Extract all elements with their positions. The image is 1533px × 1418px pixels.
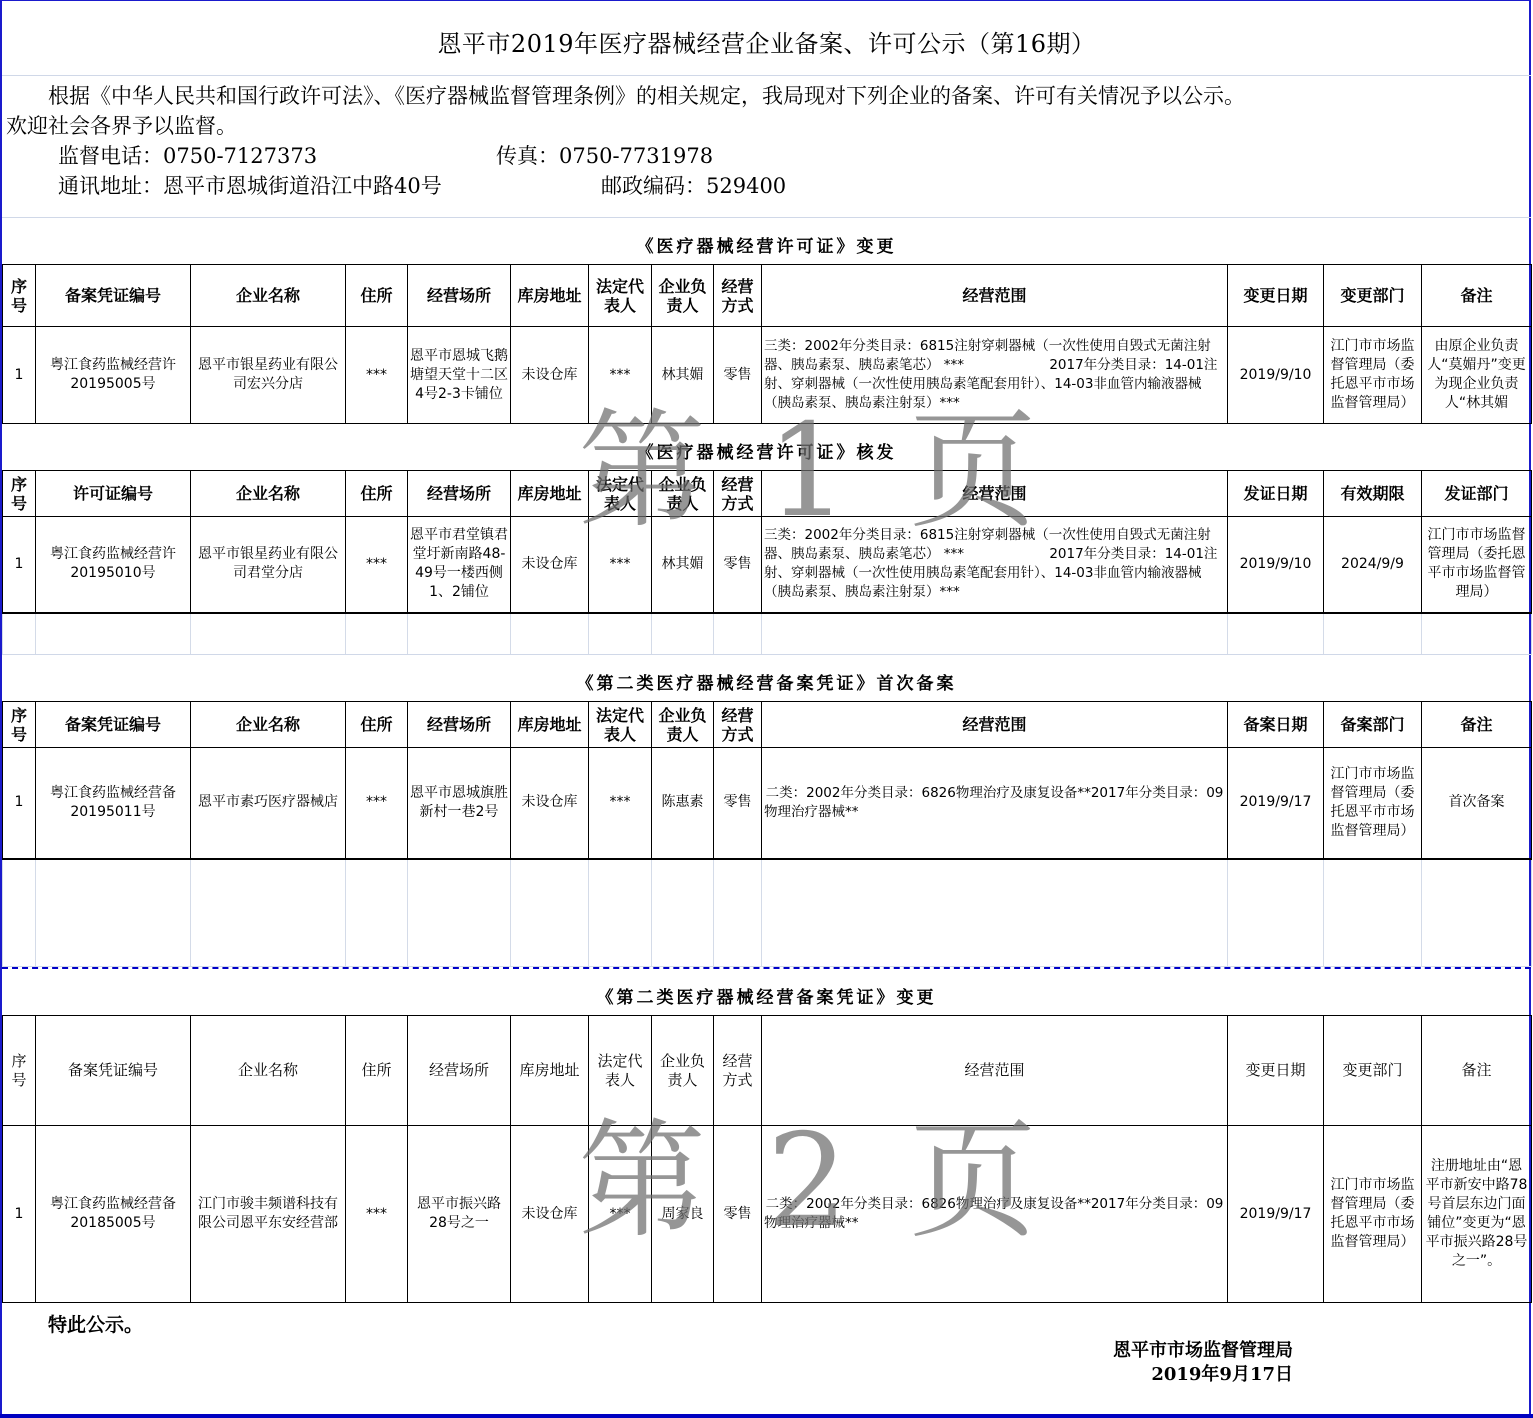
cell-company: 江门市骏丰频谱科技有限公司恩平东安经营部 bbox=[191, 1126, 346, 1303]
cell-residence: *** bbox=[346, 327, 408, 424]
cell-manager: 周家良 bbox=[652, 1126, 714, 1303]
fax-label: 传真： bbox=[496, 144, 559, 168]
cell-dept: 江门市市场监督管理局（委托恩平市市场监督管理局） bbox=[1324, 1126, 1422, 1303]
cell-warehouse: 未设仓库 bbox=[511, 327, 589, 424]
col-header: 备注 bbox=[1422, 702, 1532, 748]
cell-mode: 零售 bbox=[714, 327, 762, 424]
cell-warehouse: 未设仓库 bbox=[511, 517, 589, 613]
col-header: 许可证编号 bbox=[36, 471, 191, 517]
col-header: 经营范围 bbox=[762, 1016, 1228, 1126]
col-header: 序号 bbox=[3, 702, 36, 748]
cell-cert-no: 粤江食药监械经营备20185005号 bbox=[36, 1126, 191, 1303]
cell-premises: 恩平市恩城旗胜新村一巷2号 bbox=[408, 748, 511, 859]
record-change-table: 序号 备案凭证编号 企业名称 住所 经营场所 库房地址 法定代表人 企业负责人 … bbox=[2, 1015, 1532, 1303]
fax-line: 传真：0750-7731978 bbox=[496, 140, 713, 170]
col-header: 经营范围 bbox=[762, 471, 1228, 517]
phone-number: 0750-7127373 bbox=[163, 144, 317, 168]
col-header: 企业负责人 bbox=[652, 1016, 714, 1126]
cell-date: 2019/9/17 bbox=[1228, 1126, 1324, 1303]
empty-row bbox=[3, 859, 1532, 967]
cell-scope: 三类：2002年分类目录：6815注射穿刺器械（一次性使用自毁式无菌注射器、胰岛… bbox=[762, 517, 1228, 613]
cell-scope: 二类：2002年分类目录：6826物理治疗及康复设备**2017年分类目录：09… bbox=[762, 748, 1228, 859]
col-header: 序号 bbox=[3, 471, 36, 517]
col-header: 经营方式 bbox=[714, 471, 762, 517]
col-header: 企业名称 bbox=[191, 471, 346, 517]
col-header: 备注 bbox=[1422, 1016, 1532, 1126]
cell-manager: 林其媚 bbox=[652, 517, 714, 613]
col-header: 经营范围 bbox=[762, 265, 1228, 327]
intro-paragraph: 根据《中华人民共和国行政许可法》、《医疗器械监督管理条例》的相关规定，我局现对下… bbox=[6, 80, 1245, 110]
cell-issue-date: 2019/9/10 bbox=[1228, 517, 1324, 613]
cell-company: 恩平市银星药业有限公司宏兴分店 bbox=[191, 327, 346, 424]
cell-mode: 零售 bbox=[714, 748, 762, 859]
col-header: 经营场所 bbox=[408, 471, 511, 517]
postcode-label: 邮政编码： bbox=[601, 174, 706, 198]
cell-remark: 由原企业负责人“莫媚丹”变更为现企业负责人“林其媚 bbox=[1422, 327, 1532, 424]
col-header: 经营场所 bbox=[408, 1016, 511, 1126]
col-header: 有效期限 bbox=[1324, 471, 1422, 517]
col-header: 备案凭证编号 bbox=[36, 265, 191, 327]
col-header: 企业负责人 bbox=[652, 702, 714, 748]
cell-date: 2019/9/10 bbox=[1228, 327, 1324, 424]
page-title: 恩平市2019年医疗器械经营企业备案、许可公示（第16期） bbox=[0, 24, 1533, 59]
bottom-border bbox=[0, 1414, 1533, 1418]
cell-dept: 江门市市场监督管理局（委托恩平市市场监督管理局） bbox=[1324, 748, 1422, 859]
intro-paragraph-cont: 欢迎社会各界予以监督。 bbox=[6, 110, 237, 140]
col-header: 法定代表人 bbox=[589, 702, 652, 748]
section-title-license-change: 《医疗器械经营许可证》变更 bbox=[0, 232, 1533, 257]
cell-cert-no: 粤江食药监械经营备20195011号 bbox=[36, 748, 191, 859]
cell-license-no: 粤江食药监械经营许20195010号 bbox=[36, 517, 191, 613]
cell-premises: 恩平市君堂镇君堂圩新南路48-49号一楼西侧1、2铺位 bbox=[408, 517, 511, 613]
col-header: 发证部门 bbox=[1422, 471, 1532, 517]
cell-cert-no: 粤江食药监械经营许20195005号 bbox=[36, 327, 191, 424]
table-row: 1 粤江食药监械经营许20195005号 恩平市银星药业有限公司宏兴分店 ***… bbox=[3, 327, 1532, 424]
col-header: 企业名称 bbox=[191, 702, 346, 748]
cell-mode: 零售 bbox=[714, 1126, 762, 1303]
table-row: 1 粤江食药监械经营备20185005号 江门市骏丰频谱科技有限公司恩平东安经营… bbox=[3, 1126, 1532, 1303]
address-label: 通讯地址： bbox=[58, 174, 163, 198]
col-header: 企业名称 bbox=[191, 1016, 346, 1126]
notice-text: 特此公示。 bbox=[48, 1310, 143, 1337]
address-line: 通讯地址：恩平市恩城街道沿江中路40号 bbox=[58, 170, 442, 200]
cell-warehouse: 未设仓库 bbox=[511, 1126, 589, 1303]
table-row: 1 粤江食药监械经营备20195011号 恩平市素巧医疗器械店 *** 恩平市恩… bbox=[3, 748, 1532, 859]
postcode-value: 529400 bbox=[706, 174, 786, 198]
issue-date: 2019年9月17日 bbox=[1151, 1360, 1293, 1386]
cell-remark: 注册地址由“恩平市新安中路78号首层东边门面铺位”变更为“恩平市振兴路28号之一… bbox=[1422, 1126, 1532, 1303]
col-header: 备案凭证编号 bbox=[36, 1016, 191, 1126]
cell-residence: *** bbox=[346, 517, 408, 613]
table-header-row: 序号 备案凭证编号 企业名称 住所 经营场所 库房地址 法定代表人 企业负责人 … bbox=[3, 702, 1532, 748]
cell-residence: *** bbox=[346, 748, 408, 859]
cell-scope: 三类：2002年分类目录：6815注射穿刺器械（一次性使用自毁式无菌注射器、胰岛… bbox=[762, 327, 1228, 424]
address-value: 恩平市恩城街道沿江中路40号 bbox=[163, 174, 442, 198]
col-header: 序号 bbox=[3, 1016, 36, 1126]
cell-mode: 零售 bbox=[714, 517, 762, 613]
col-header: 经营场所 bbox=[408, 702, 511, 748]
col-header: 备案日期 bbox=[1228, 702, 1324, 748]
license-change-table: 序号 备案凭证编号 企业名称 住所 经营场所 库房地址 法定代表人 企业负责人 … bbox=[2, 264, 1532, 424]
cell-legal-rep: *** bbox=[589, 748, 652, 859]
col-header: 变更部门 bbox=[1324, 1016, 1422, 1126]
phone-label: 监督电话： bbox=[58, 144, 163, 168]
cell-manager: 林其媚 bbox=[652, 327, 714, 424]
cell-seq: 1 bbox=[3, 327, 36, 424]
issuer-org: 恩平市市场监督管理局 bbox=[1113, 1336, 1293, 1362]
cell-dept: 江门市市场监督管理局（委托恩平市市场监督管理局） bbox=[1324, 327, 1422, 424]
page-break-line bbox=[2, 967, 1531, 969]
col-header: 经营方式 bbox=[714, 1016, 762, 1126]
col-header: 法定代表人 bbox=[589, 471, 652, 517]
cell-legal-rep: *** bbox=[589, 1126, 652, 1303]
postcode-line: 邮政编码：529400 bbox=[601, 170, 786, 200]
cell-seq: 1 bbox=[3, 1126, 36, 1303]
divider bbox=[2, 217, 1531, 218]
cell-residence: *** bbox=[346, 1126, 408, 1303]
col-header: 住所 bbox=[346, 1016, 408, 1126]
col-header: 备案部门 bbox=[1324, 702, 1422, 748]
fax-number: 0750-7731978 bbox=[559, 144, 713, 168]
cell-scope: 二类：2002年分类目录：6826物理治疗及康复设备**2017年分类目录：09… bbox=[762, 1126, 1228, 1303]
col-header: 法定代表人 bbox=[589, 265, 652, 327]
col-header: 经营方式 bbox=[714, 702, 762, 748]
cell-remark: 首次备案 bbox=[1422, 748, 1532, 859]
col-header: 库房地址 bbox=[511, 471, 589, 517]
col-header: 变更日期 bbox=[1228, 1016, 1324, 1126]
col-header: 库房地址 bbox=[511, 1016, 589, 1126]
cell-company: 恩平市银星药业有限公司君堂分店 bbox=[191, 517, 346, 613]
col-header: 住所 bbox=[346, 471, 408, 517]
col-header: 备注 bbox=[1422, 265, 1532, 327]
cell-warehouse: 未设仓库 bbox=[511, 748, 589, 859]
col-header: 企业负责人 bbox=[652, 265, 714, 327]
col-header: 经营方式 bbox=[714, 265, 762, 327]
col-header: 库房地址 bbox=[511, 265, 589, 327]
cell-legal-rep: *** bbox=[589, 327, 652, 424]
table-header-row: 序号 许可证编号 企业名称 住所 经营场所 库房地址 法定代表人 企业负责人 经… bbox=[3, 471, 1532, 517]
col-header: 库房地址 bbox=[511, 702, 589, 748]
col-header: 变更部门 bbox=[1324, 265, 1422, 327]
table-header-row: 序号 备案凭证编号 企业名称 住所 经营场所 库房地址 法定代表人 企业负责人 … bbox=[3, 1016, 1532, 1126]
cell-premises: 恩平市恩城飞鹅塘望天堂十二区4号2-3卡铺位 bbox=[408, 327, 511, 424]
cell-seq: 1 bbox=[3, 748, 36, 859]
col-header: 发证日期 bbox=[1228, 471, 1324, 517]
cell-company: 恩平市素巧医疗器械店 bbox=[191, 748, 346, 859]
col-header: 住所 bbox=[346, 702, 408, 748]
section-title-record-first: 《第二类医疗器械经营备案凭证》首次备案 bbox=[0, 669, 1533, 694]
col-header: 企业负责人 bbox=[652, 471, 714, 517]
record-first-table: 序号 备案凭证编号 企业名称 住所 经营场所 库房地址 法定代表人 企业负责人 … bbox=[2, 701, 1532, 967]
col-header: 法定代表人 bbox=[589, 1016, 652, 1126]
cell-valid-until: 2024/9/9 bbox=[1324, 517, 1422, 613]
section-title-record-change: 《第二类医疗器械经营备案凭证》变更 bbox=[0, 983, 1533, 1008]
col-header: 变更日期 bbox=[1228, 265, 1324, 327]
license-issue-table: 序号 许可证编号 企业名称 住所 经营场所 库房地址 法定代表人 企业负责人 经… bbox=[2, 470, 1532, 655]
phone-line: 监督电话：0750-7127373 bbox=[58, 140, 317, 170]
cell-premises: 恩平市振兴路28号之一 bbox=[408, 1126, 511, 1303]
table-header-row: 序号 备案凭证编号 企业名称 住所 经营场所 库房地址 法定代表人 企业负责人 … bbox=[3, 265, 1532, 327]
cell-date: 2019/9/17 bbox=[1228, 748, 1324, 859]
section-title-license-issue: 《医疗器械经营许可证》核发 bbox=[0, 438, 1533, 463]
cell-issuer: 江门市市场监督管理局（委托恩平市市场监督管理局） bbox=[1422, 517, 1532, 613]
empty-row bbox=[3, 613, 1532, 655]
cell-seq: 1 bbox=[3, 517, 36, 613]
divider bbox=[2, 654, 1531, 655]
col-header: 经营范围 bbox=[762, 702, 1228, 748]
col-header: 经营场所 bbox=[408, 265, 511, 327]
col-header: 序号 bbox=[3, 265, 36, 327]
col-header: 住所 bbox=[346, 265, 408, 327]
cell-manager: 陈惠素 bbox=[652, 748, 714, 859]
col-header: 企业名称 bbox=[191, 265, 346, 327]
divider bbox=[2, 75, 1531, 76]
table-row: 1 粤江食药监械经营许20195010号 恩平市银星药业有限公司君堂分店 ***… bbox=[3, 517, 1532, 613]
col-header: 备案凭证编号 bbox=[36, 702, 191, 748]
cell-legal-rep: *** bbox=[589, 517, 652, 613]
